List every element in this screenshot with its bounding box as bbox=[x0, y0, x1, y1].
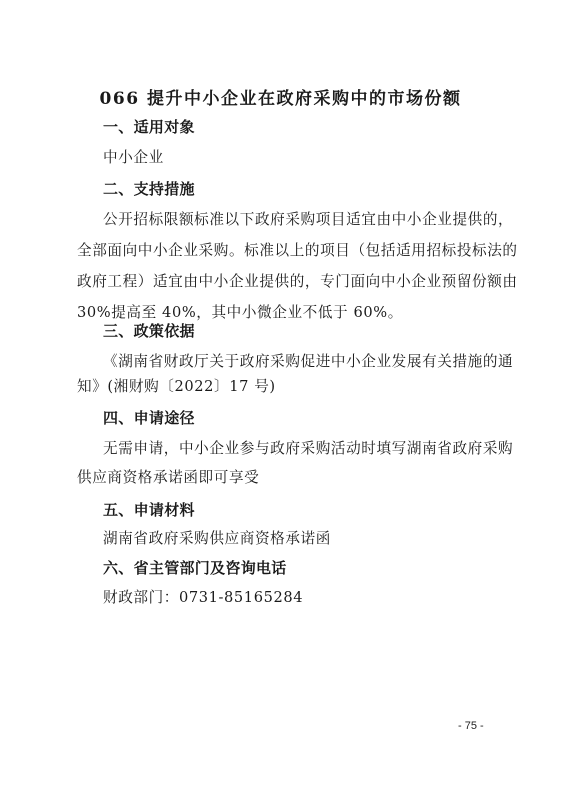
section-text: 中小企业 bbox=[103, 148, 523, 168]
section-text: 30%提高至 40%，其中小微企业不低于 60%。 bbox=[77, 303, 497, 323]
section-text: 无需申请，中小企业参与政府采购活动时填写湖南省政府采购 bbox=[103, 439, 523, 459]
section-heading-application-materials: 五、申请材料 bbox=[103, 500, 195, 520]
section-text: 全部面向中小企业采购。标准以上的项目（包括适用招标投标法的 bbox=[77, 241, 497, 261]
section-heading-application-channel: 四、申请途径 bbox=[103, 408, 195, 428]
section-text: 《湖南省财政厅关于政府采购促进中小企业发展有关措施的通 bbox=[103, 352, 523, 372]
document-page: 066 提升中小企业在政府采购中的市场份额 一、适用对象 中小企业 二、支持措施… bbox=[0, 0, 561, 793]
section-heading-policy-basis: 三、政策依据 bbox=[103, 321, 195, 341]
page-title: 066 提升中小企业在政府采购中的市场份额 bbox=[0, 84, 561, 109]
section-text: 财政部门：0731-85165284 bbox=[103, 588, 523, 608]
section-text: 知》(湘财购〔2022〕17 号) bbox=[77, 377, 497, 397]
page-number: - 75 - bbox=[458, 720, 484, 732]
section-heading-support-measures: 二、支持措施 bbox=[103, 179, 195, 199]
section-text: 公开招标限额标准以下政府采购项目适宜由中小企业提供的， bbox=[103, 210, 523, 230]
section-text: 湖南省政府采购供应商资格承诺函 bbox=[103, 529, 523, 549]
section-text: 供应商资格承诺函即可享受 bbox=[77, 468, 497, 488]
section-heading-applicable-targets: 一、适用对象 bbox=[103, 117, 195, 137]
section-text: 政府工程）适宜由中小企业提供的，专门面向中小企业预留份额由 bbox=[77, 272, 497, 292]
section-heading-department-contact: 六、省主管部门及咨询电话 bbox=[103, 558, 287, 578]
